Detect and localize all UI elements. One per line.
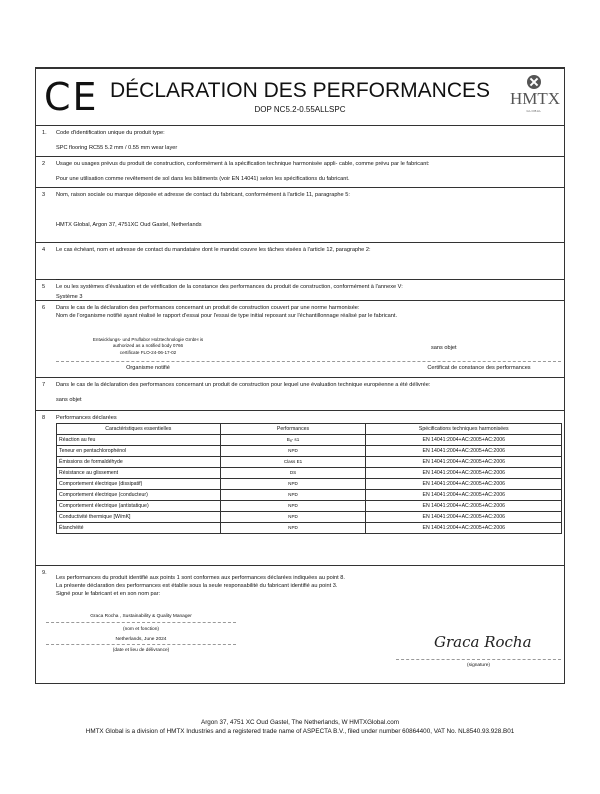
logo-tagline: GLOBAL [510, 109, 558, 113]
certificate-value: sans objet [431, 344, 457, 352]
performance-cell: NPD [220, 512, 366, 523]
table-row: Comportement électrique (antistatique)NP… [57, 501, 562, 512]
table-row: Résistance au glissementDSEN 14041:2004+… [57, 468, 562, 479]
declared-performance-table: Caractéristiques essentielles Performanc… [56, 423, 562, 534]
section-number: 5 [42, 283, 45, 291]
section-number: 2 [42, 160, 45, 168]
section-6: 6 Dans le cas de la déclaration des perf… [36, 301, 564, 378]
spec-cell: EN 14041:2004+AC:2005+AC:2006 [366, 512, 562, 523]
section-number: 4 [42, 246, 45, 254]
spec-cell: EN 14041:2004+AC:2005+AC:2006 [366, 446, 562, 457]
logo-name: HMTX [510, 89, 558, 109]
characteristic-cell: Résistance au glissement [57, 468, 221, 479]
section-5: 5 Le ou les systèmes d'évaluation et de … [36, 280, 564, 301]
spec-cell: EN 14041:2004+AC:2005+AC:2006 [366, 457, 562, 468]
section-number: 8 [42, 414, 45, 422]
characteristic-cell: Étanchéité [57, 523, 221, 534]
section-label: Performances déclarées [56, 414, 560, 422]
spec-cell: EN 14041:2004+AC:2005+AC:2006 [366, 490, 562, 501]
dop-number: DOP NC5.2-0.55ALLSPC [36, 105, 564, 114]
performance-cell: NPD [220, 501, 366, 512]
signer-caption: (nom et fonction) [46, 626, 236, 634]
place-and-date: Netherlands, June 2024 [46, 636, 236, 644]
section-7: 7 Dans le cas de la déclaration des perf… [36, 378, 564, 411]
hmtx-logo: HMTX GLOBAL [510, 75, 558, 113]
signer-name: Graca Rocha , Sustainability & Quality M… [46, 613, 236, 621]
dotted-divider [46, 644, 236, 645]
table-row: ÉtanchéitéNPDEN 14041:2004+AC:2005+AC:20… [57, 523, 562, 534]
section-label: Code d'identification unique du produit … [56, 129, 560, 137]
signature-caption: (signature) [396, 662, 561, 670]
performance-cell: Class E1 [220, 457, 366, 468]
table-row: Réaction au feuBfl- s1EN 14041:2004+AC:2… [57, 435, 562, 446]
declaration-of-performance: CE DÉCLARATION DES PERFORMANCES DOP NC5.… [35, 67, 565, 684]
notified-body-text: Entwicklungs- und Pruflabor Holztechnolo… [58, 337, 238, 356]
characteristic-cell: Émissions de formaldéhyde [57, 457, 221, 468]
section-number: 1. [42, 129, 47, 137]
table-header-row: Caractéristiques essentielles Performanc… [57, 424, 562, 435]
performance-suffix: - s1 [292, 437, 300, 442]
section-label: Nom, raison sociale ou marque déposée et… [56, 191, 560, 199]
section-number: 9. [42, 569, 47, 577]
performance-cell: NPD [220, 523, 366, 534]
document-title: DÉCLARATION DES PERFORMANCES [36, 79, 564, 103]
section-number: 7 [42, 381, 45, 389]
section-4: 4 Le cas échéant, nom et adresse de cont… [36, 243, 564, 280]
footer-legal: HMTX Global is a division of HMTX Indust… [0, 727, 600, 736]
section-number: 3 [42, 191, 45, 199]
responsibility-statement: La présente déclaration des performances… [56, 582, 560, 590]
characteristic-cell: Comportement électrique (dissipatif) [57, 479, 221, 490]
spec-cell: EN 14041:2004+AC:2005+AC:2006 [366, 501, 562, 512]
product-type-code: SPC flooring RC55 5.2 mm / 0.55 mm wear … [56, 144, 560, 152]
table-row: Teneur en pentachlorophénolNPDEN 14041:2… [57, 446, 562, 457]
hmtx-x-circle-icon [527, 75, 541, 89]
spec-cell: EN 14041:2004+AC:2005+AC:2006 [366, 523, 562, 534]
signature-line [396, 659, 561, 660]
performance-cell: NPD [220, 490, 366, 501]
characteristic-cell: Conductivité thermique [W/mK] [57, 512, 221, 523]
column-header: Performances [220, 424, 366, 435]
signature: Graca Rocha [434, 638, 532, 646]
spec-cell: EN 14041:2004+AC:2005+AC:2006 [366, 479, 562, 490]
spec-cell: EN 14041:2004+AC:2005+AC:2006 [366, 468, 562, 479]
section-label: Usage ou usages prévus du produit de con… [56, 160, 560, 168]
performance-cell: NPD [220, 446, 366, 457]
eta-value: sans objet [56, 396, 560, 404]
section-3: 3 Nom, raison sociale ou marque déposée … [36, 188, 564, 243]
table-row: Émissions de formaldéhydeClass E1EN 1404… [57, 457, 562, 468]
page-footer: Argon 37, 4751 XC Oud Gastel, The Nether… [0, 718, 600, 736]
notified-body-certificate: certificate FLO-24-06-17-02 [58, 350, 238, 356]
manufacturer-address: HMTX Global, Argon 37, 4751XC Oud Gastel… [56, 221, 560, 229]
dotted-divider [46, 622, 236, 623]
column-header: Spécifications techniques harmonisées [366, 424, 562, 435]
footer-address: Argon 37, 4751 XC Oud Gastel, The Nether… [0, 718, 600, 727]
characteristic-cell: Comportement électrique (antistatique) [57, 501, 221, 512]
certificate-caption: Certificat de constance des performances [396, 364, 562, 372]
section-2: 2 Usage ou usages prévus du produit de c… [36, 157, 564, 188]
section-label: Dans le cas de la déclaration des perfor… [56, 381, 560, 389]
section-label: Le cas échéant, nom et adresse de contac… [56, 246, 560, 254]
notified-body-caption: Organisme notifié [58, 364, 238, 372]
intended-use: Pour une utilisation comme revêtement de… [56, 175, 560, 183]
performance-cell: NPD [220, 479, 366, 490]
column-header: Caractéristiques essentielles [57, 424, 221, 435]
table-row: Comportement électrique (conducteur)NPDE… [57, 490, 562, 501]
spec-cell: EN 14041:2004+AC:2005+AC:2006 [366, 435, 562, 446]
section-1: 1. Code d'identification unique du produ… [36, 126, 564, 157]
section-label: Le ou les systèmes d'évaluation et de vé… [56, 283, 560, 291]
section-sublabel: Nom de l'organisme notifié ayant réalisé… [56, 312, 560, 320]
section-9: 9. Les performances du produit identifié… [36, 566, 564, 683]
performance-cell: Bfl- s1 [220, 435, 366, 446]
characteristic-cell: Teneur en pentachlorophénol [57, 446, 221, 457]
document-header: CE DÉCLARATION DES PERFORMANCES DOP NC5.… [36, 69, 564, 126]
section-number: 6 [42, 304, 45, 312]
section-8: 8 Performances déclarées Caractéristique… [36, 411, 564, 566]
place-date-caption: (date et lieu de délivrance) [46, 647, 236, 655]
avcp-system: Système 3 [56, 293, 560, 301]
characteristic-cell: Réaction au feu [57, 435, 221, 446]
characteristic-cell: Comportement électrique (conducteur) [57, 490, 221, 501]
performance-cell: DS [220, 468, 366, 479]
conformity-statement: Les performances du produit identifié au… [56, 574, 560, 582]
signed-for-statement: Signé pour le fabricant et en son nom pa… [56, 590, 560, 598]
section-label: Dans le cas de la déclaration des perfor… [56, 304, 560, 312]
dotted-divider [56, 361, 561, 362]
table-row: Comportement électrique (dissipatif)NPDE… [57, 479, 562, 490]
table-row: Conductivité thermique [W/mK]NPDEN 14041… [57, 512, 562, 523]
